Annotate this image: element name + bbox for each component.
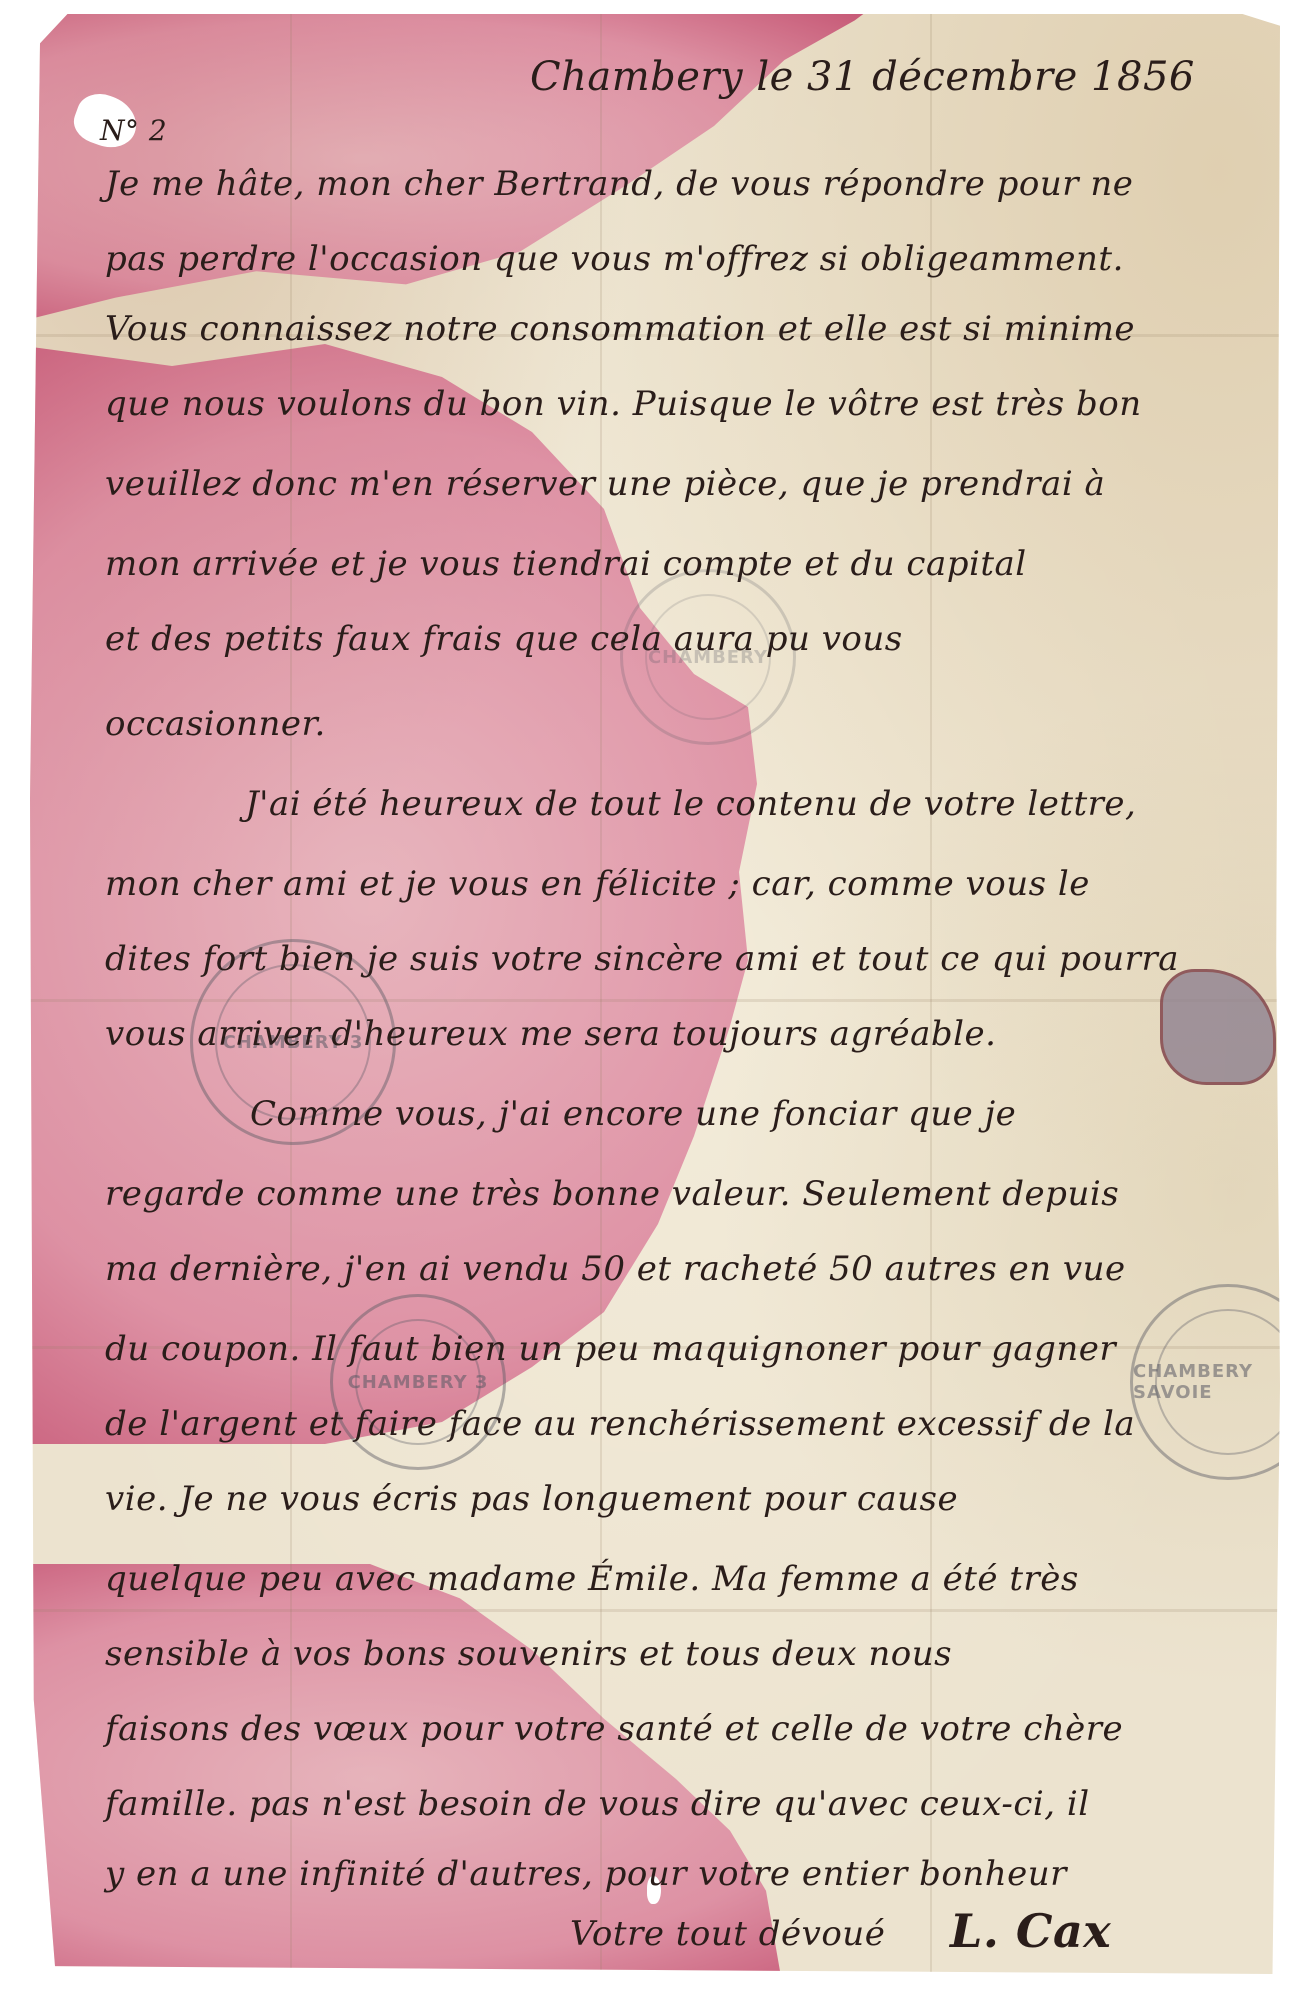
letter-line-19: quelque peu avec madame Émile. Ma femme …: [105, 1559, 1079, 1599]
closing-line: Votre tout dévoué: [570, 1914, 885, 1954]
fold-crease: [30, 1609, 1280, 1612]
signature: L. Cax: [950, 1904, 1111, 1958]
letter-line-9: J'ai été heureux de tout le contenu de v…: [245, 784, 1136, 824]
letter-line-14: regarde comme une très bonne valeur. Seu…: [105, 1174, 1119, 1214]
fold-crease: [600, 14, 602, 1974]
fold-crease: [930, 14, 932, 1974]
letter-line-17: de l'argent et faire face au renchérisse…: [105, 1404, 1135, 1444]
letter-line-8: occasionner.: [105, 704, 326, 744]
letter-line-13: Comme vous, j'ai encore une fonciar que …: [250, 1094, 1016, 1134]
letter-line-3: Vous connaissez notre consommation et el…: [105, 309, 1135, 349]
letter-line-20: sensible à vos bons souvenirs et tous de…: [105, 1634, 952, 1674]
letter-line-18: vie. Je ne vous écris pas longuement pou…: [105, 1479, 958, 1519]
letter-line-1: Je me hâte, mon cher Bertrand, de vous r…: [105, 164, 1133, 204]
letter-line-2: pas perdre l'occasion que vous m'offrez …: [105, 239, 1124, 279]
letter-paper: CHAMBERY 3 CHAMBERY CHAMBERY 3 CHAMBERY …: [30, 14, 1280, 1974]
letter-line-5: veuillez donc m'en réserver une pièce, q…: [105, 464, 1105, 504]
letter-line-11: dites fort bien je suis votre sincère am…: [105, 939, 1179, 979]
place-date-heading: Chambery le 31 décembre 1856: [530, 54, 1195, 100]
margin-note: N° 2: [100, 114, 167, 147]
letter-line-15: ma dernière, j'en ai vendu 50 et racheté…: [105, 1249, 1126, 1289]
letter-line-23: y en a une infinité d'autres, pour votre…: [105, 1854, 1067, 1894]
letter-line-7: et des petits faux frais que cela aura p…: [105, 619, 903, 659]
letter-line-6: mon arrivée et je vous tiendrai compte e…: [105, 544, 1027, 584]
letter-line-22: famille. pas n'est besoin de vous dire q…: [105, 1784, 1090, 1824]
letter-line-16: du coupon. Il faut bien un peu maquignon…: [105, 1329, 1116, 1369]
letter-line-4: que nous voulons du bon vin. Puisque le …: [105, 384, 1142, 424]
letter-line-10: mon cher ami et je vous en félicite ; ca…: [105, 864, 1090, 904]
letter-line-21: faisons des vœux pour votre santé et cel…: [105, 1709, 1123, 1749]
letter-line-12: vous arriver d'heureux me sera toujours …: [105, 1014, 996, 1054]
